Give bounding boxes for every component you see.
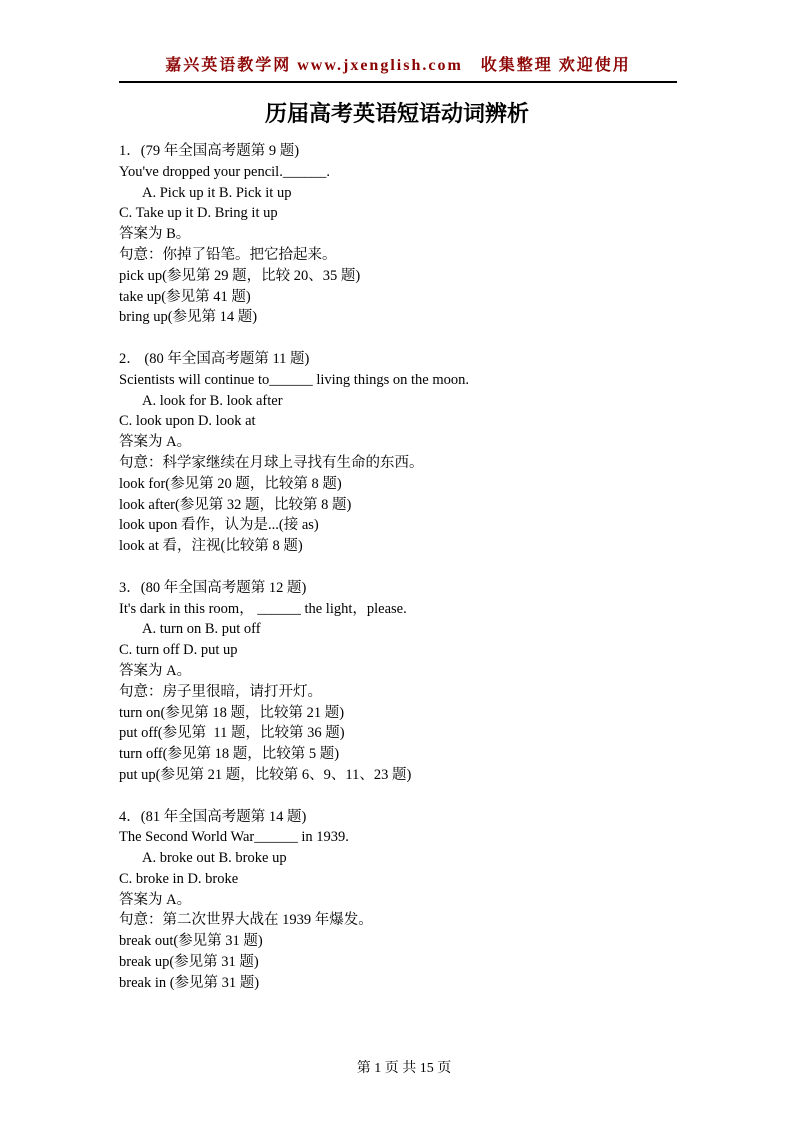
question-3-note: turn off(参见第 18 题，比较第 5 题) — [119, 744, 699, 765]
question-3-meaning: 句意：房子里很暗，请打开灯。 — [119, 682, 699, 703]
question-2-note: look for(参见第 20 题，比较第 8 题) — [119, 474, 699, 495]
question-block-2: 2． (80 年全国高考题第 11 题) Scientists will con… — [119, 349, 699, 557]
page-number-text: 第 1 页 共 15 页 — [357, 1061, 452, 1076]
question-1-heading: 1．(79 年全国高考题第 9 题) — [119, 141, 699, 162]
question-1-options-ab: A. Pick up it B. Pick it up — [119, 183, 699, 204]
question-2-note: look at 看，注视(比较第 8 题) — [119, 536, 699, 557]
question-2-answer: 答案为 A。 — [119, 432, 699, 453]
question-2-note: look after(参见第 32 题，比较第 8 题) — [119, 495, 699, 516]
question-1-note: pick up(参见第 29 题，比较 20、35 题) — [119, 266, 699, 287]
question-4-meaning: 句意：第二次世界大战在 1939 年爆发。 — [119, 910, 699, 931]
page-header: 嘉兴英语教学网 www.jxenglish.com 收集整理 欢迎使用 — [119, 45, 677, 83]
question-4-note: break out(参见第 31 题) — [119, 931, 699, 952]
question-3-options-ab: A. turn on B. put off — [119, 619, 699, 640]
question-2-stem: Scientists will continue to______ living… — [119, 370, 699, 391]
question-block-1: 1．(79 年全国高考题第 9 题) You've dropped your p… — [119, 141, 699, 328]
document-body: 1．(79 年全国高考题第 9 题) You've dropped your p… — [119, 141, 699, 1014]
question-3-note: put up(参见第 21 题，比较第 6、9、11、23 题) — [119, 765, 699, 786]
question-3-heading: 3．(80 年全国高考题第 12 题) — [119, 578, 699, 599]
question-4-stem: The Second World War______ in 1939. — [119, 827, 699, 848]
question-4-answer: 答案为 A。 — [119, 890, 699, 911]
page-title: 历届高考英语短语动词辨析 — [0, 97, 794, 128]
question-4-heading: 4．(81 年全国高考题第 14 题) — [119, 807, 699, 828]
question-2-heading: 2． (80 年全国高考题第 11 题) — [119, 349, 699, 370]
question-1-options-cd: C. Take up it D. Bring it up — [119, 203, 699, 224]
question-block-4: 4．(81 年全国高考题第 14 题) The Second World War… — [119, 807, 699, 994]
question-3-note: put off(参见第 11 题，比较第 36 题) — [119, 723, 699, 744]
question-block-3: 3．(80 年全国高考题第 12 题) It's dark in this ro… — [119, 578, 699, 786]
question-4-note: break up(参见第 31 题) — [119, 952, 699, 973]
question-4-options-ab: A. broke out B. broke up — [119, 848, 699, 869]
question-4-note: break in (参见第 31 题) — [119, 973, 699, 994]
question-1-answer: 答案为 B。 — [119, 224, 699, 245]
question-3-note: turn on(参见第 18 题，比较第 21 题) — [119, 703, 699, 724]
question-2-options-cd: C. look upon D. look at — [119, 411, 699, 432]
question-1-meaning: 句意：你掉了铅笔。把它拾起来。 — [119, 245, 699, 266]
site-banner-text: 嘉兴英语教学网 www.jxenglish.com 收集整理 欢迎使用 — [165, 52, 631, 75]
question-1-stem: You've dropped your pencil.______. — [119, 162, 699, 183]
question-3-stem: It's dark in this room， ______ the light… — [119, 599, 699, 620]
question-1-note: bring up(参见第 14 题) — [119, 307, 699, 328]
question-3-answer: 答案为 A。 — [119, 661, 699, 682]
question-3-options-cd: C. turn off D. put up — [119, 640, 699, 661]
question-1-note: take up(参见第 41 题) — [119, 287, 699, 308]
question-2-options-ab: A. look for B. look after — [119, 391, 699, 412]
question-4-options-cd: C. broke in D. broke — [119, 869, 699, 890]
question-2-note: look upon 看作，认为是...(接 as) — [119, 515, 699, 536]
document-page: 嘉兴英语教学网 www.jxenglish.com 收集整理 欢迎使用 历届高考… — [0, 0, 794, 1123]
page-footer: 第 1 页 共 15 页 — [0, 1038, 794, 1100]
question-2-meaning: 句意：科学家继续在月球上寻找有生命的东西。 — [119, 453, 699, 474]
